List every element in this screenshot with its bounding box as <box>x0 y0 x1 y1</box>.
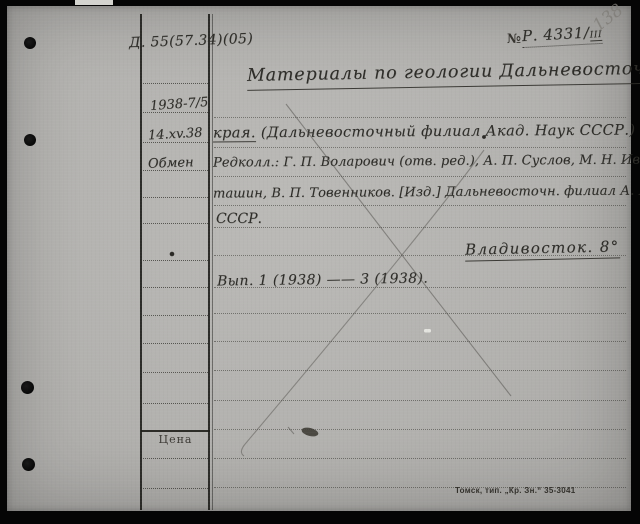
rule-line <box>141 372 208 373</box>
rule-line <box>141 223 208 224</box>
punch-hole-3 <box>21 381 34 394</box>
price-cell-border <box>141 430 210 432</box>
place-and-format: Владивосток. 8° <box>465 237 620 261</box>
rule-line <box>141 488 208 489</box>
typography-imprint: Томск, тип. „Кр. Зн.“ 35-3041 <box>455 486 576 495</box>
acquisition-method: Обмен <box>148 155 194 172</box>
rule-line <box>141 83 208 84</box>
ink-dot-left-column <box>170 252 175 257</box>
scanned-page: Д. 55(57.34)(05) № Р. 4331/III 138 Матер… <box>0 0 640 524</box>
rule-line <box>214 313 626 314</box>
punch-hole-1 <box>24 37 36 49</box>
rule-line <box>141 403 208 404</box>
rule-line <box>214 176 626 177</box>
rule-line <box>214 341 626 342</box>
rule-line <box>214 458 626 459</box>
rule-line <box>141 287 208 288</box>
card-number-value: Р. 4331/III <box>522 23 603 48</box>
rule-line <box>214 117 626 118</box>
card-title: Материалы по геологии Дальневосточного <box>247 58 640 91</box>
punch-hole-2 <box>24 134 36 146</box>
rule-line <box>141 197 208 198</box>
paper-notch <box>75 0 113 5</box>
rule-line <box>141 260 208 261</box>
accession-date: 14.xv.38 <box>148 126 203 144</box>
rule-line <box>214 370 626 371</box>
rule-line <box>141 458 208 459</box>
card-number-label: № <box>507 32 521 47</box>
rule-line <box>214 227 626 228</box>
bibliographic-line-3: ташин, В. П. Товенников. [Изд.] Дальнево… <box>213 183 640 201</box>
ink-smudge <box>301 426 319 438</box>
publisher-statement: (Дальневосточный филиал Акад. Наук СССР.… <box>256 123 636 142</box>
card-number-main: Р. 4331/ <box>522 24 591 46</box>
holdings-statement: Вып. 1 (1938) —— 3 (1938). <box>217 271 428 290</box>
rule-line <box>141 315 208 316</box>
vertical-rule-main-double <box>212 14 213 510</box>
white-speck <box>424 329 431 333</box>
rule-line <box>141 343 208 344</box>
rule-line <box>214 205 626 206</box>
title-continuation: края. <box>213 125 256 142</box>
bibliographic-line-4: СССР. <box>216 211 262 227</box>
bibliographic-line-2: Редколл.: Г. П. Воларович (отв. ред.), А… <box>213 152 640 170</box>
price-label: Цена <box>141 433 210 446</box>
rule-line <box>214 400 626 401</box>
catalog-card: Д. 55(57.34)(05) № Р. 4331/III 138 Матер… <box>7 6 631 511</box>
punch-hole-4 <box>22 458 35 471</box>
bibliographic-line-1: края. (Дальневосточный филиал Акад. Наук… <box>213 123 635 142</box>
classification-number: Д. 55(57.34)(05) <box>129 31 254 51</box>
rule-line <box>214 429 626 430</box>
rule-line <box>214 147 626 148</box>
